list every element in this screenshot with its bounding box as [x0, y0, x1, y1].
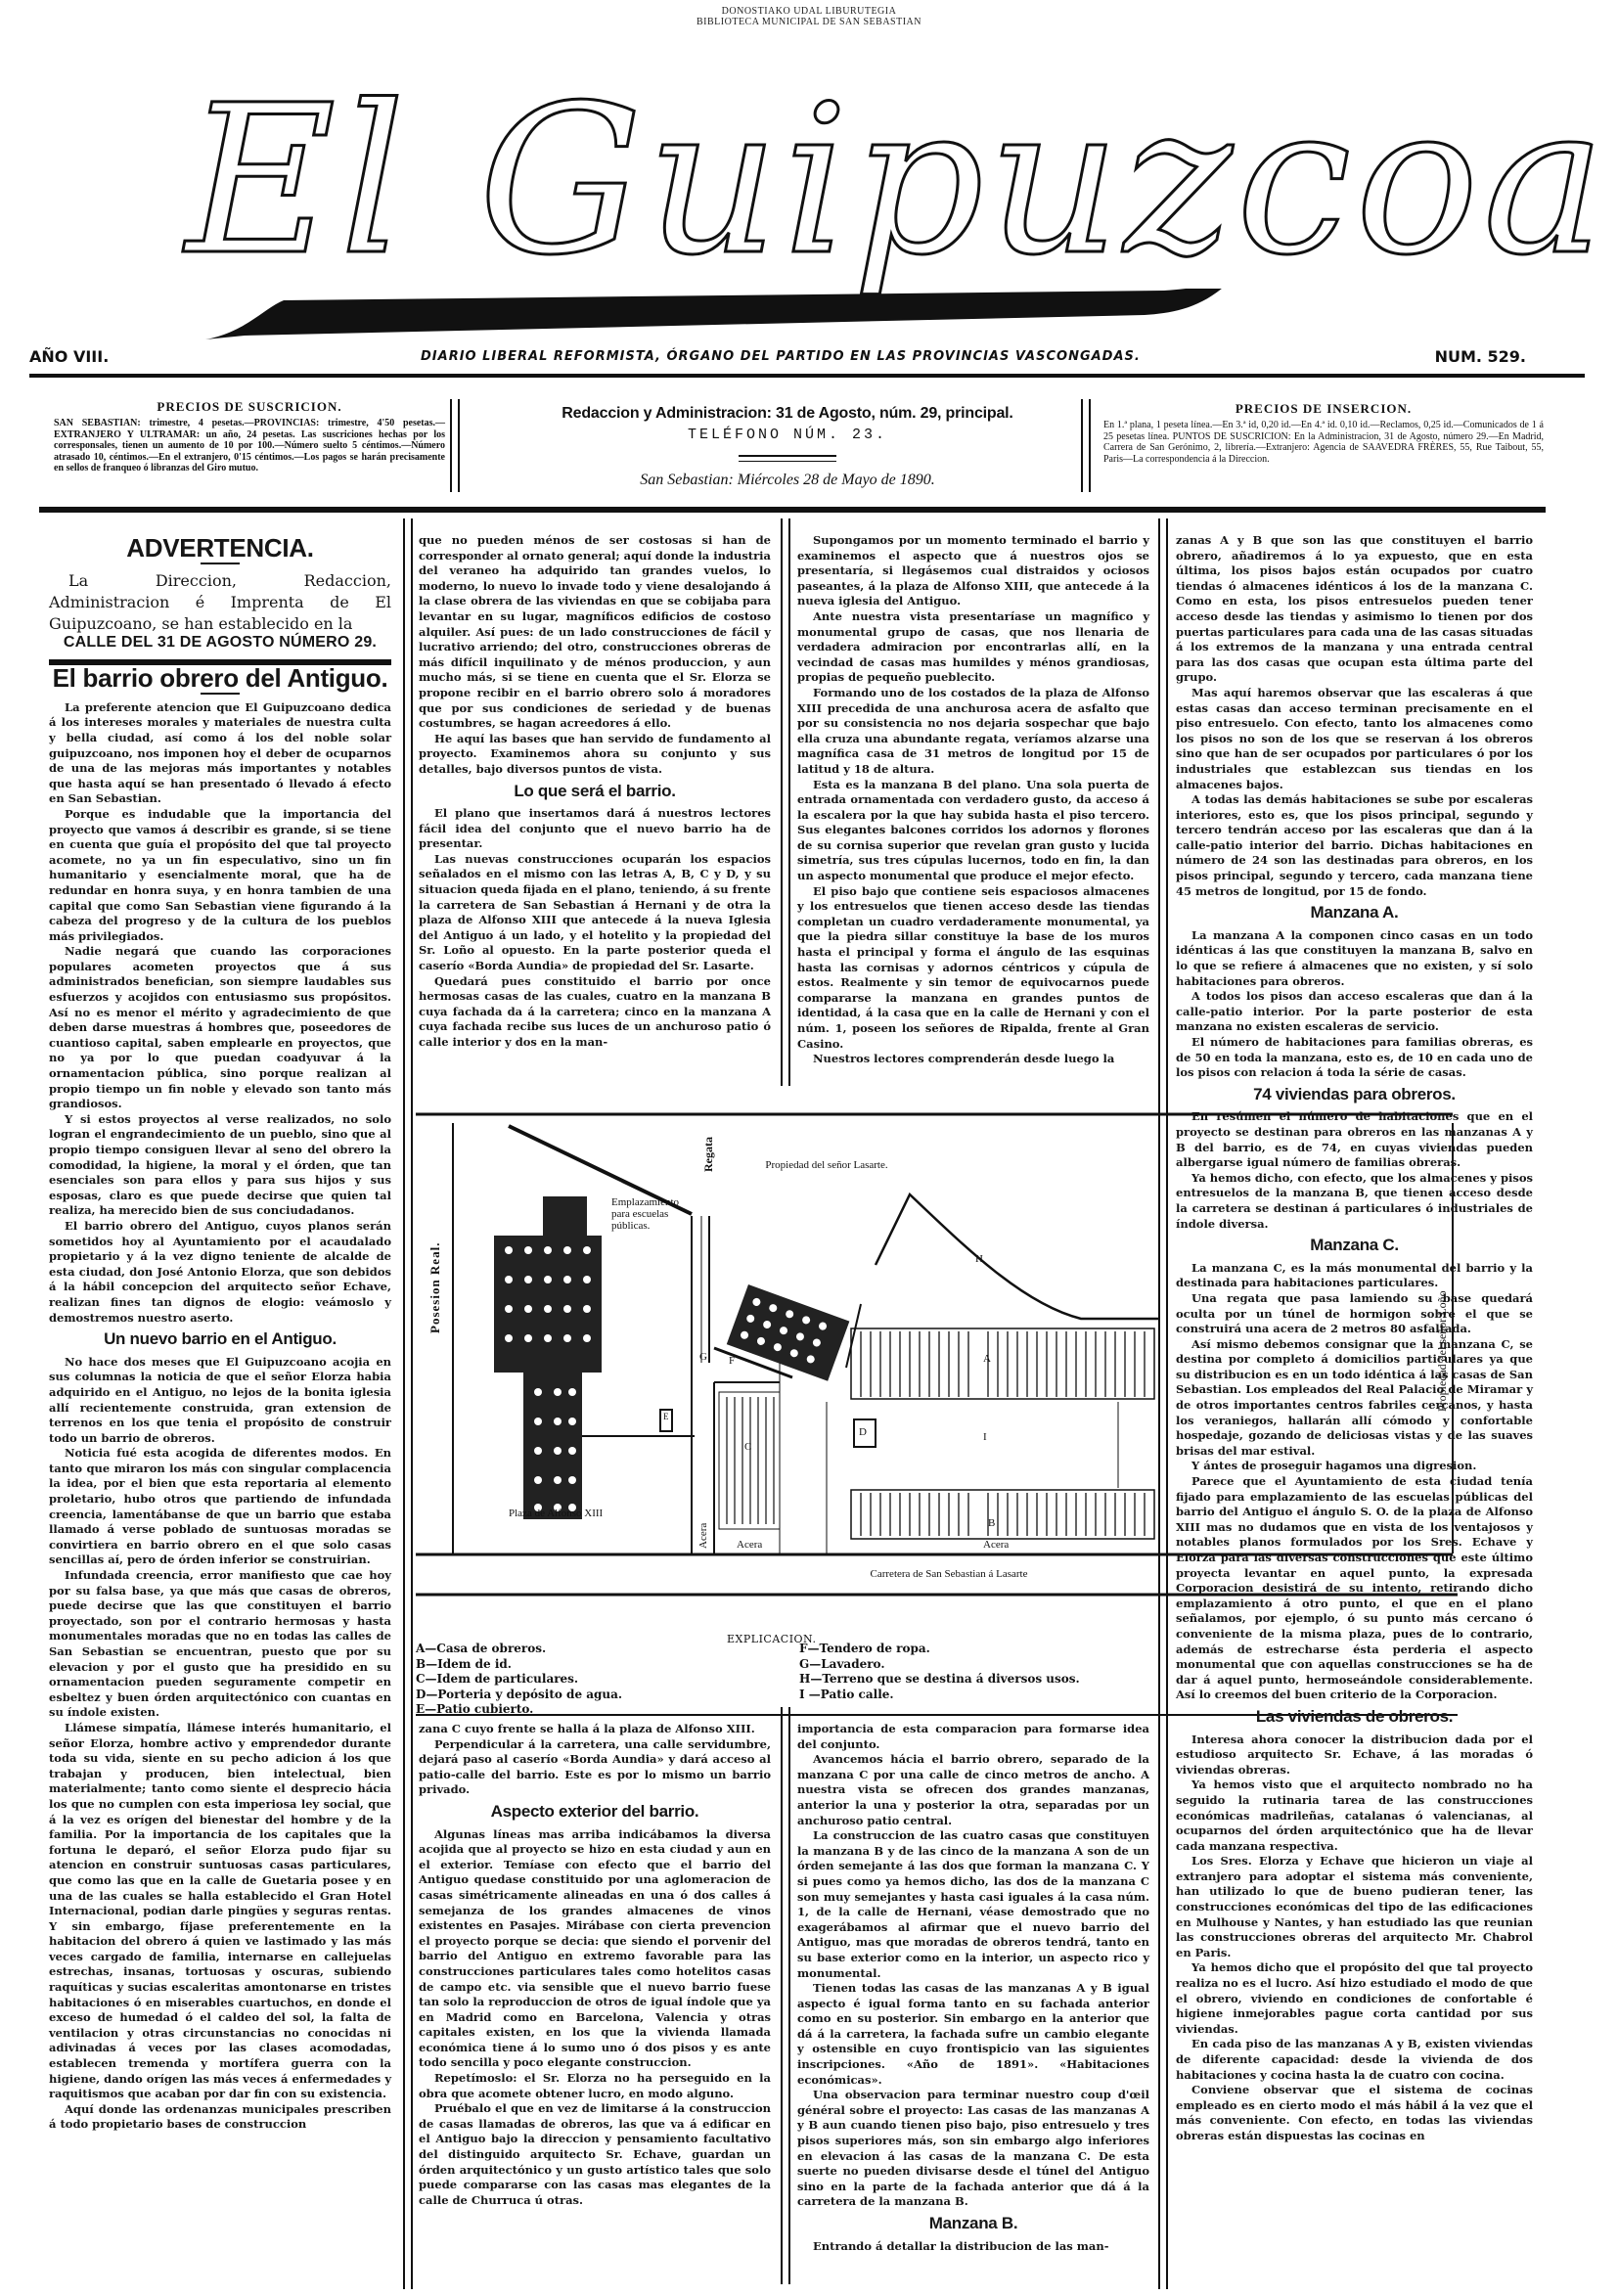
label-acera-vertical: Acera	[697, 1523, 709, 1549]
subheading-lo-que-sera: Lo que será el barrio.	[419, 784, 771, 799]
newspaper-motto: DIARIO LIBERAL REFORMISTA, ÓRGANO DEL PA…	[421, 349, 1141, 364]
column-divider	[403, 518, 413, 2289]
paragraph: El plano que insertamos dará á nuestros …	[419, 806, 771, 852]
paragraph: Nadie negará que cuando las corporacione…	[49, 944, 391, 1112]
label-regata: Regata	[701, 1137, 716, 1172]
column-divider	[450, 399, 460, 492]
legend-item: H—Terreno que se destina á diversos usos…	[799, 1672, 1080, 1688]
paragraph: Ya hemos dicho que el propósito del que …	[1176, 1960, 1533, 2037]
column-2-bottom: zana C cuyo frente se halla á la plaza d…	[419, 1722, 771, 2208]
paragraph: zanas A y B que son las que constituyen …	[1176, 533, 1533, 686]
paragraph: Algunas líneas mas arriba indicábamos la…	[419, 1827, 771, 2072]
legend-item: G—Lavadero.	[799, 1657, 1080, 1673]
paragraph: Las nuevas construcciones ocuparán los e…	[419, 852, 771, 974]
subheading-manzana-a: Manzana A.	[1176, 905, 1533, 921]
paragraph: Pruébalo el que en vez de limitarse á la…	[419, 2101, 771, 2208]
legend-item: I —Patio calle.	[799, 1688, 1080, 1703]
paragraph: Tienen todas las casas de las manzanas A…	[797, 1981, 1149, 2088]
legend-item: F—Tendero de ropa.	[799, 1642, 1080, 1657]
section-rule	[39, 507, 1546, 513]
paragraph: Conviene observar que el sistema de coci…	[1176, 2083, 1533, 2143]
paragraph: Ya hemos visto que el arquitecto nombrad…	[1176, 1778, 1533, 1854]
masthead: El Guipuzcoano	[147, 59, 1467, 342]
paragraph: A todos los pisos dan acceso escaleras q…	[1176, 989, 1533, 1035]
paragraph: A todas las demás habitaciones se sube p…	[1176, 792, 1533, 899]
dateline: San Sebastian: Miércoles 28 de Mayo de 1…	[533, 472, 1042, 489]
paragraph: Noticia fué esta acogida de diferentes m…	[49, 1446, 391, 1568]
paragraph: zana C cuyo frente se halla á la plaza d…	[419, 1722, 771, 1737]
subheading-viviendas-obreros: Las viviendas de obreros.	[1176, 1709, 1533, 1725]
label-block-a: A	[983, 1353, 991, 1365]
paragraph: En cada piso de las manzanas A y B, exis…	[1176, 2037, 1533, 2083]
paragraph: Los Sres. Elorza y Echave que hicieron u…	[1176, 1854, 1533, 1960]
paragraph: Y si estos proyectos al verse realizados…	[49, 1112, 391, 1219]
subheading-74-viviendas: 74 viviendas para obreros.	[1176, 1087, 1533, 1103]
administration-info: Redaccion y Administracion: 31 de Agosto…	[533, 405, 1042, 489]
column-3-bottom: importancia de esta comparacion para for…	[797, 1722, 1149, 2254]
label-block-g: G	[699, 1351, 707, 1363]
paragraph: Mas aquí haremos observar que las escale…	[1176, 686, 1533, 792]
subscription-prices-title: PRECIOS DE SUSCRICION.	[54, 399, 445, 415]
legend-item: B—Idem de id.	[416, 1657, 622, 1673]
column-divider	[781, 518, 790, 1086]
paragraph: Parece que el Ayuntamiento de esta ciuda…	[1176, 1474, 1533, 1703]
label-plaza-alfonso-xiii: Plaza de Alfonso XIII	[509, 1508, 603, 1519]
label-acera-c: Acera	[737, 1539, 762, 1551]
paragraph: Ya hemos dicho, con efecto, que los alma…	[1176, 1171, 1533, 1232]
masthead-swash-decoration	[205, 289, 1233, 342]
paragraph: Infundada creencia, error manifiesto que…	[49, 1568, 391, 1721]
label-block-i: I	[983, 1431, 987, 1443]
paragraph: Llámese simpatía, llámese interés humani…	[49, 1721, 391, 2102]
paragraph: que no pueden ménos de ser costosas si h…	[419, 533, 771, 732]
paragraph: importancia de esta comparacion para for…	[797, 1722, 1149, 1752]
paragraph: Porque es indudable que la importancia d…	[49, 807, 391, 944]
paragraph: Así mismo debemos consignar que la manza…	[1176, 1337, 1533, 1460]
legend-left-items: A—Casa de obreros. B—Idem de id. C—Idem …	[416, 1642, 622, 1718]
column-divider	[781, 1707, 790, 2284]
paragraph: Avancemos hácia el barrio obrero, separa…	[797, 1752, 1149, 1828]
paragraph: Y ántes de proseguir hagamos una digresi…	[1176, 1459, 1533, 1474]
masthead-rule	[29, 374, 1585, 378]
column-1: ADVERTENCIA. La Direccion, Redaccion, Ad…	[49, 533, 391, 2133]
paragraph: El número de habitaciones para familias …	[1176, 1035, 1533, 1081]
advertencia-body: La Direccion, Redaccion, Administracion …	[49, 570, 391, 635]
paragraph: El barrio obrero del Antiguo, cuyos plan…	[49, 1219, 391, 1326]
paragraph: Aquí donde las ordenanzas municipales pr…	[49, 2102, 391, 2133]
subscription-prices-text: SAN SEBASTIAN: trimestre, 4 pesetas.—PRO…	[54, 418, 445, 474]
masthead-subheading: AÑO VIII. DIARIO LIBERAL REFORMISTA, ÓRG…	[29, 347, 1585, 369]
decorative-dash	[201, 693, 240, 695]
legend-item: A—Casa de obreros.	[416, 1642, 622, 1657]
archive-stamp-line1: DONOSTIAKO UDAL LIBURUTEGIA	[0, 6, 1618, 17]
label-block-c: C	[744, 1441, 751, 1453]
paragraph: El piso bajo que contiene seis espacioso…	[797, 884, 1149, 1053]
label-block-d: D	[859, 1426, 867, 1438]
paragraph: Una regata que pasa lamiendo su base que…	[1176, 1291, 1533, 1337]
paragraph: La preferente atencion que El Guipuzcoan…	[49, 700, 391, 807]
advertencia-street: CALLE DEL 31 DE AGOSTO NÚMERO 29.	[49, 635, 391, 651]
legend-right-items: F—Tendero de ropa. G—Lavadero. H—Terreno…	[799, 1642, 1080, 1702]
insertion-prices-text: En 1.ª plana, 1 peseta línea.—En 3.ª id,…	[1103, 420, 1544, 465]
subheading-nuevo-barrio: Un nuevo barrio en el Antiguo.	[49, 1331, 391, 1347]
subscription-prices: PRECIOS DE SUSCRICION. SAN SEBASTIAN: tr…	[54, 399, 445, 474]
paragraph: Perpendicular á la carretera, una calle …	[419, 1737, 771, 1798]
legend-item: D—Porteria y depósito de agua.	[416, 1688, 622, 1703]
paragraph: Entrando á detallar la distribucion de l…	[797, 2239, 1149, 2255]
label-block-b: B	[988, 1517, 995, 1529]
publication-year: AÑO VIII.	[29, 347, 109, 366]
archive-stamp-line2: BIBLIOTECA MUNICIPAL DE SAN SEBASTIAN	[0, 17, 1618, 27]
subheading-manzana-c: Manzana C.	[1176, 1238, 1533, 1253]
label-acera-b: Acera	[983, 1539, 1009, 1551]
paragraph: En resúmen el número de habitaciones que…	[1176, 1109, 1533, 1170]
label-road: Carretera de San Sebastian á Lasarte	[753, 1568, 1145, 1580]
insertion-prices: PRECIOS DE INSERCION. En 1.ª plana, 1 pe…	[1103, 401, 1544, 465]
label-block-h: H	[975, 1253, 983, 1265]
paragraph: Esta es la manzana B del plano. Una sola…	[797, 778, 1149, 884]
paragraph: Supongamos por un momento terminado el b…	[797, 533, 1149, 609]
paragraph: Una observacion para terminar nuestro co…	[797, 2088, 1149, 2210]
column-3-top: Supongamos por un momento terminado el b…	[797, 533, 1149, 1067]
paragraph: Interesa ahora conocer la distribucion d…	[1176, 1733, 1533, 1778]
paragraph: Nuestros lectores comprenderán desde lue…	[797, 1052, 1149, 1067]
subheading-aspecto-exterior: Aspecto exterior del barrio.	[419, 1804, 771, 1820]
column-divider	[1081, 399, 1091, 492]
paragraph: He aquí las bases que han servido de fun…	[419, 732, 771, 778]
issue-number: NUM. 529.	[1435, 347, 1526, 366]
paragraph: Ante nuestra vista presentaríase un magn…	[797, 609, 1149, 686]
column-2-top: que no pueden ménos de ser costosas si h…	[419, 533, 771, 1051]
label-school-site: Emplazamiento para escuelas públicas.	[611, 1196, 670, 1232]
decorative-dash	[739, 455, 836, 462]
advertencia-title: ADVERTENCIA.	[49, 541, 391, 557]
telephone-number: TELÉFONO NÚM. 23.	[533, 427, 1042, 443]
label-block-f: F	[729, 1355, 735, 1367]
label-lasarte-property: Propiedad del señor Lasarte.	[763, 1159, 890, 1171]
administration-address: Redaccion y Administracion: 31 de Agosto…	[533, 405, 1042, 423]
archive-stamp: DONOSTIAKO UDAL LIBURUTEGIA BIBLIOTECA M…	[0, 6, 1618, 27]
paragraph: No hace dos meses que El Guipuzcoano aco…	[49, 1355, 391, 1447]
paragraph: La manzana A la componen cinco casas en …	[1176, 928, 1533, 989]
legend-item: C—Idem de particulares.	[416, 1672, 622, 1688]
newspaper-title: El Guipuzcoano	[186, 68, 1618, 293]
paragraph: Repetímoslo: el Sr. Elorza no ha persegu…	[419, 2071, 771, 2101]
subheading-manzana-b: Manzana B.	[797, 2216, 1149, 2231]
label-block-e: E	[663, 1412, 669, 1421]
label-posesion-real: Posesion Real.	[427, 1242, 443, 1333]
article-headline: El barrio obrero del Antiguo.	[49, 671, 391, 687]
paragraph: Quedará pues constituido el barrio por o…	[419, 974, 771, 1051]
paragraph: La construccion de las cuatro casas que …	[797, 1828, 1149, 1981]
paragraph: La manzana C, es la más monumental del b…	[1176, 1261, 1533, 1291]
insertion-prices-title: PRECIOS DE INSERCION.	[1103, 401, 1544, 417]
column-4: zanas A y B que son las que constituyen …	[1176, 533, 1533, 2144]
paragraph: Formando uno de los costados de la plaza…	[797, 686, 1149, 778]
